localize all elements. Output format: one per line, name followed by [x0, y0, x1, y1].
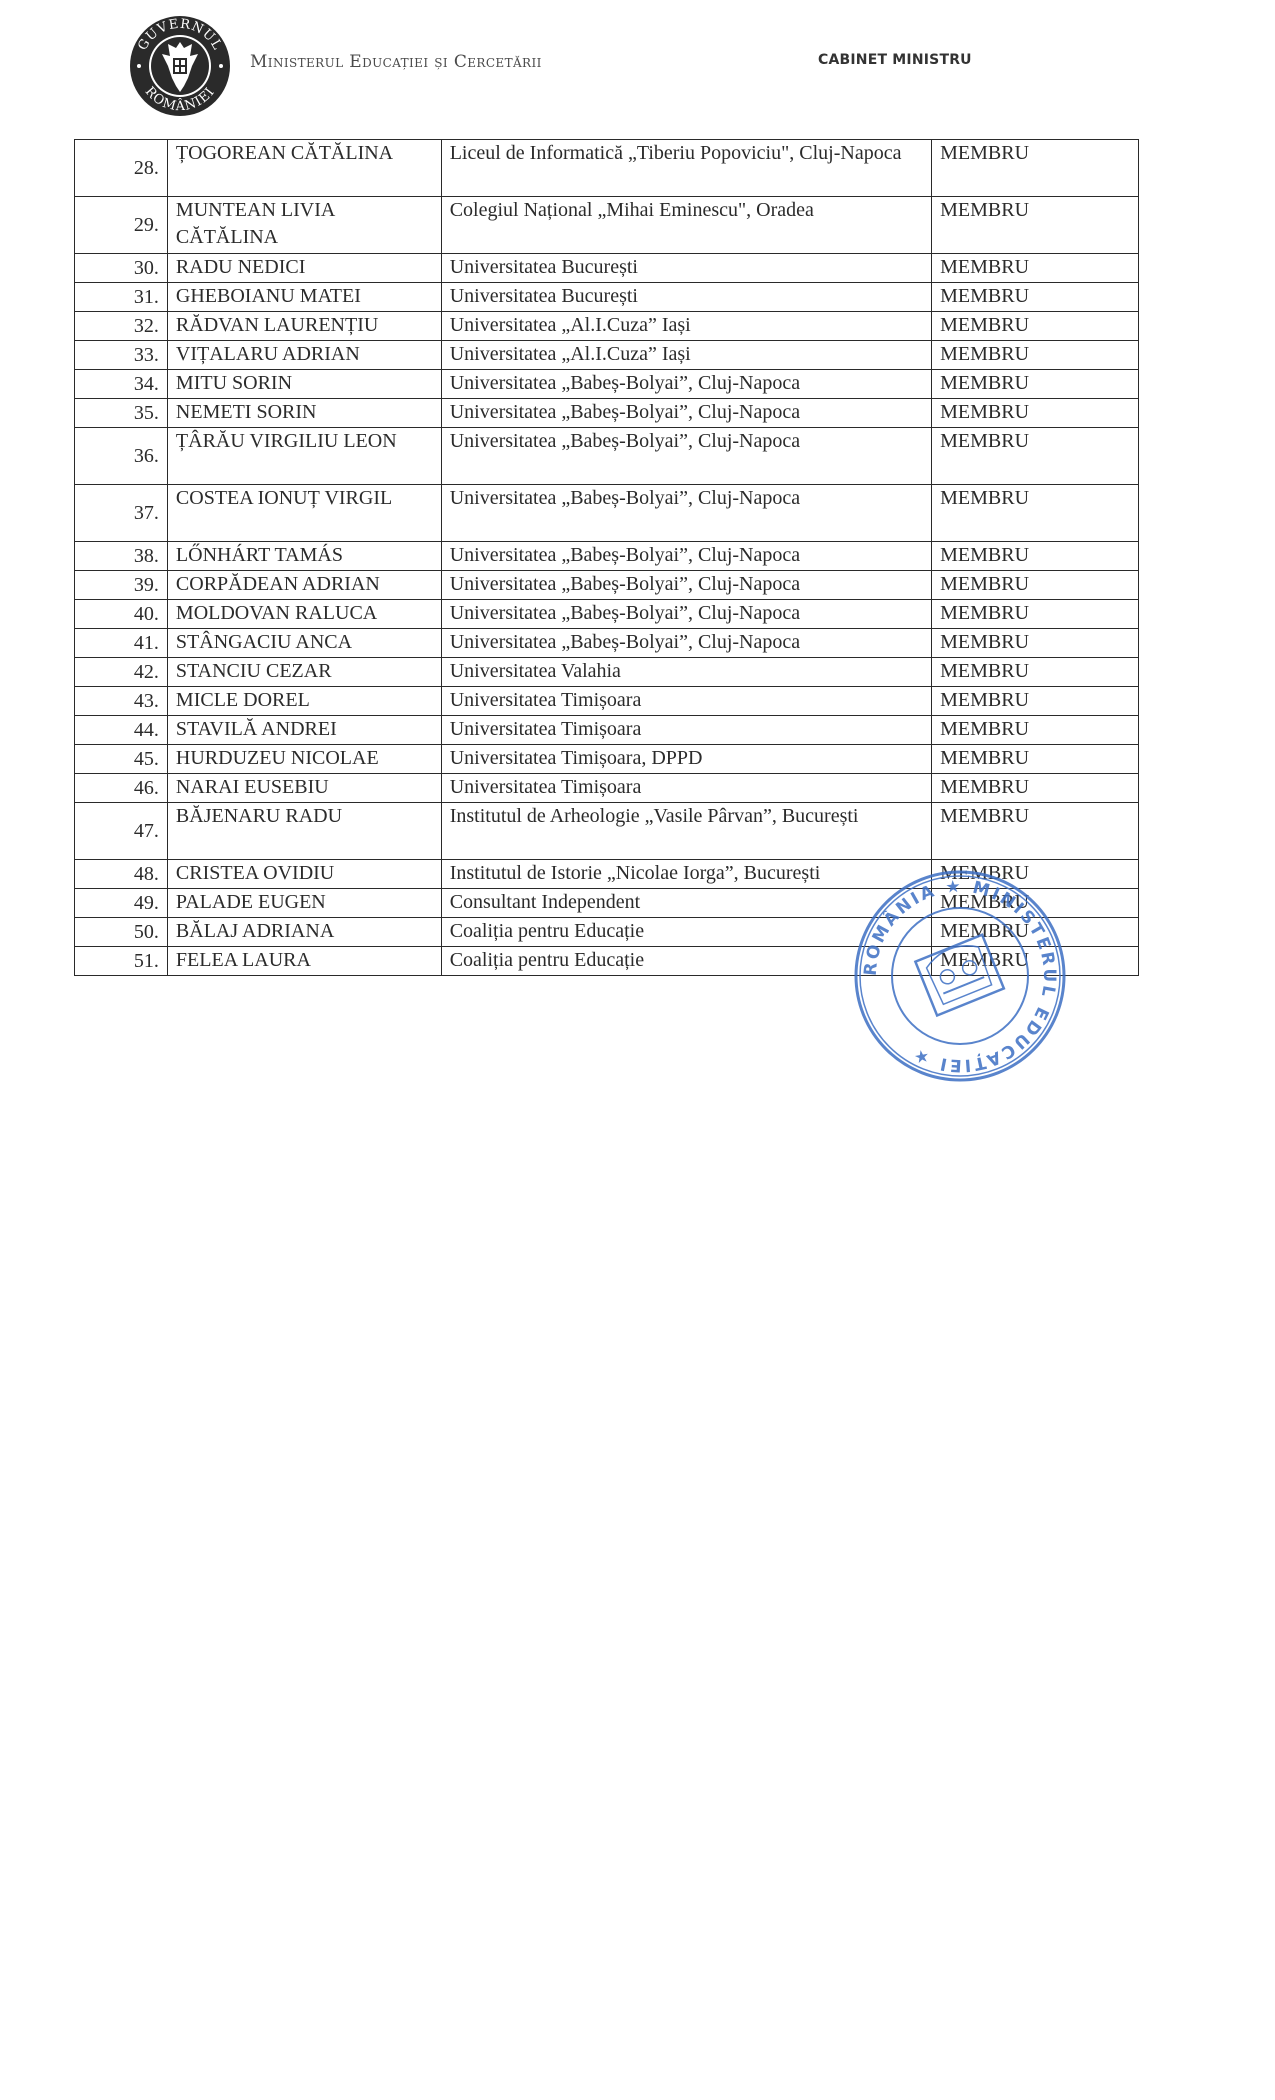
member-name: MOLDOVAN RALUCA: [167, 600, 441, 629]
row-number: 44.: [75, 716, 168, 745]
row-number: 50.: [75, 918, 168, 947]
member-institution: Institutul de Arheologie „Vasile Pârvan”…: [441, 803, 931, 860]
table-row: 48. CRISTEA OVIDIU Institutul de Istorie…: [75, 860, 1139, 889]
row-number: 40.: [75, 600, 168, 629]
member-name: ȚÂRĂU VIRGILIU LEON: [167, 428, 441, 485]
table-row: 30. RADU NEDICI Universitatea București …: [75, 254, 1139, 283]
member-role: MEMBRU: [932, 803, 1139, 860]
member-role: MEMBRU: [932, 687, 1139, 716]
member-institution: Institutul de Istorie „Nicolae Iorga”, B…: [441, 860, 931, 889]
coat-of-arms-icon: GUVERNUL ROMÂNIEI: [128, 14, 232, 118]
table-row: 42. STANCIU CEZAR Universitatea Valahia …: [75, 658, 1139, 687]
row-number: 48.: [75, 860, 168, 889]
row-number: 43.: [75, 687, 168, 716]
members-table: 28. ȚOGOREAN CĂTĂLINA Liceul de Informat…: [74, 139, 1139, 976]
member-name: ȚOGOREAN CĂTĂLINA: [167, 140, 441, 197]
member-institution: Universitatea „Babeș-Bolyai”, Cluj-Napoc…: [441, 370, 931, 399]
member-role: MEMBRU: [932, 428, 1139, 485]
table-row: 35. NEMETI SORIN Universitatea „Babeș-Bo…: [75, 399, 1139, 428]
table-row: 47. BĂJENARU RADU Institutul de Arheolog…: [75, 803, 1139, 860]
table-row: 34. MITU SORIN Universitatea „Babeș-Boly…: [75, 370, 1139, 399]
table-row: 44. STAVILĂ ANDREI Universitatea Timișoa…: [75, 716, 1139, 745]
member-name: HURDUZEU NICOLAE: [167, 745, 441, 774]
member-name: CORPĂDEAN ADRIAN: [167, 571, 441, 600]
member-name: GHEBOIANU MATEI: [167, 283, 441, 312]
member-role: MEMBRU: [932, 889, 1139, 918]
cabinet-label: CABINET MINISTRU: [818, 52, 972, 68]
member-name: MUNTEAN LIVIA CĂTĂLINA: [167, 197, 441, 254]
member-name: MITU SORIN: [167, 370, 441, 399]
member-name: VIȚALARU ADRIAN: [167, 341, 441, 370]
member-institution: Universitatea București: [441, 283, 931, 312]
row-number: 49.: [75, 889, 168, 918]
row-number: 29.: [75, 197, 168, 254]
table-row: 29. MUNTEAN LIVIA CĂTĂLINA Colegiul Nați…: [75, 197, 1139, 254]
member-role: MEMBRU: [932, 600, 1139, 629]
member-role: MEMBRU: [932, 399, 1139, 428]
row-number: 42.: [75, 658, 168, 687]
table-row: 31. GHEBOIANU MATEI Universitatea Bucure…: [75, 283, 1139, 312]
member-role: MEMBRU: [932, 947, 1139, 976]
row-number: 32.: [75, 312, 168, 341]
member-role: MEMBRU: [932, 254, 1139, 283]
row-number: 35.: [75, 399, 168, 428]
member-role: MEMBRU: [932, 197, 1139, 254]
member-role: MEMBRU: [932, 860, 1139, 889]
member-institution: Universitatea Timișoara: [441, 716, 931, 745]
member-name: PALADE EUGEN: [167, 889, 441, 918]
member-role: MEMBRU: [932, 745, 1139, 774]
member-role: MEMBRU: [932, 658, 1139, 687]
table-row: 39. CORPĂDEAN ADRIAN Universitatea „Babe…: [75, 571, 1139, 600]
table-row: 41. STÂNGACIU ANCA Universitatea „Babeș-…: [75, 629, 1139, 658]
member-name: RĂDVAN LAURENȚIU: [167, 312, 441, 341]
row-number: 39.: [75, 571, 168, 600]
member-institution: Universitatea „Babeș-Bolyai”, Cluj-Napoc…: [441, 428, 931, 485]
member-role: MEMBRU: [932, 341, 1139, 370]
table-row: 28. ȚOGOREAN CĂTĂLINA Liceul de Informat…: [75, 140, 1139, 197]
member-name: STAVILĂ ANDREI: [167, 716, 441, 745]
member-institution: Universitatea „Babeș-Bolyai”, Cluj-Napoc…: [441, 542, 931, 571]
table-row: 49. PALADE EUGEN Consultant Independent …: [75, 889, 1139, 918]
member-name: STÂNGACIU ANCA: [167, 629, 441, 658]
table-row: 38. LŐNHÁRT TAMÁS Universitatea „Babeș-B…: [75, 542, 1139, 571]
row-number: 51.: [75, 947, 168, 976]
member-name: LŐNHÁRT TAMÁS: [167, 542, 441, 571]
member-institution: Universitatea Timișoara: [441, 774, 931, 803]
government-logo: GUVERNUL ROMÂNIEI: [128, 14, 232, 118]
table-row: 32. RĂDVAN LAURENȚIU Universitatea „Al.I…: [75, 312, 1139, 341]
row-number: 28.: [75, 140, 168, 197]
row-number: 46.: [75, 774, 168, 803]
row-number: 41.: [75, 629, 168, 658]
table-row: 45. HURDUZEU NICOLAE Universitatea Timiș…: [75, 745, 1139, 774]
row-number: 36.: [75, 428, 168, 485]
member-institution: Universitatea „Babeș-Bolyai”, Cluj-Napoc…: [441, 485, 931, 542]
member-name: COSTEA IONUȚ VIRGIL: [167, 485, 441, 542]
table-row: 43. MICLE DOREL Universitatea Timișoara …: [75, 687, 1139, 716]
member-name: BĂLAJ ADRIANA: [167, 918, 441, 947]
member-institution: Coaliția pentru Educație: [441, 947, 931, 976]
member-role: MEMBRU: [932, 312, 1139, 341]
member-institution: Universitatea „Al.I.Cuza” Iași: [441, 312, 931, 341]
member-institution: Coaliția pentru Educație: [441, 918, 931, 947]
member-name: NEMETI SORIN: [167, 399, 441, 428]
member-institution: Universitatea „Babeș-Bolyai”, Cluj-Napoc…: [441, 399, 931, 428]
row-number: 31.: [75, 283, 168, 312]
member-institution: Consultant Independent: [441, 889, 931, 918]
table-row: 37. COSTEA IONUȚ VIRGIL Universitatea „B…: [75, 485, 1139, 542]
table-row: 50. BĂLAJ ADRIANA Coaliția pentru Educaț…: [75, 918, 1139, 947]
table-row: 51. FELEA LAURA Coaliția pentru Educație…: [75, 947, 1139, 976]
row-number: 45.: [75, 745, 168, 774]
ministry-name: Ministerul Educației și Cercetării: [250, 52, 542, 72]
member-role: MEMBRU: [932, 140, 1139, 197]
member-institution: Universitatea Timișoara: [441, 687, 931, 716]
member-institution: Universitatea București: [441, 254, 931, 283]
member-name: STANCIU CEZAR: [167, 658, 441, 687]
member-institution: Colegiul Național „Mihai Eminescu", Orad…: [441, 197, 931, 254]
member-role: MEMBRU: [932, 283, 1139, 312]
member-institution: Universitatea „Babeș-Bolyai”, Cluj-Napoc…: [441, 571, 931, 600]
table-row: 33. VIȚALARU ADRIAN Universitatea „Al.I.…: [75, 341, 1139, 370]
member-name: BĂJENARU RADU: [167, 803, 441, 860]
member-role: MEMBRU: [932, 918, 1139, 947]
member-institution: Liceul de Informatică „Tiberiu Popoviciu…: [441, 140, 931, 197]
member-role: MEMBRU: [932, 370, 1139, 399]
member-name: RADU NEDICI: [167, 254, 441, 283]
member-institution: Universitatea „Al.I.Cuza” Iași: [441, 341, 931, 370]
row-number: 30.: [75, 254, 168, 283]
member-name: MICLE DOREL: [167, 687, 441, 716]
member-institution: Universitatea „Babeș-Bolyai”, Cluj-Napoc…: [441, 629, 931, 658]
row-number: 38.: [75, 542, 168, 571]
members-table-body: 28. ȚOGOREAN CĂTĂLINA Liceul de Informat…: [75, 140, 1139, 976]
member-institution: Universitatea Timișoara, DPPD: [441, 745, 931, 774]
table-row: 46. NARAI EUSEBIU Universitatea Timișoar…: [75, 774, 1139, 803]
member-role: MEMBRU: [932, 716, 1139, 745]
member-role: MEMBRU: [932, 542, 1139, 571]
member-role: MEMBRU: [932, 485, 1139, 542]
member-name: NARAI EUSEBIU: [167, 774, 441, 803]
row-number: 34.: [75, 370, 168, 399]
member-role: MEMBRU: [932, 774, 1139, 803]
member-name: CRISTEA OVIDIU: [167, 860, 441, 889]
row-number: 37.: [75, 485, 168, 542]
row-number: 47.: [75, 803, 168, 860]
member-name: FELEA LAURA: [167, 947, 441, 976]
member-role: MEMBRU: [932, 629, 1139, 658]
member-institution: Universitatea Valahia: [441, 658, 931, 687]
table-row: 40. MOLDOVAN RALUCA Universitatea „Babeș…: [75, 600, 1139, 629]
member-institution: Universitatea „Babeș-Bolyai”, Cluj-Napoc…: [441, 600, 931, 629]
table-row: 36. ȚÂRĂU VIRGILIU LEON Universitatea „B…: [75, 428, 1139, 485]
member-role: MEMBRU: [932, 571, 1139, 600]
row-number: 33.: [75, 341, 168, 370]
